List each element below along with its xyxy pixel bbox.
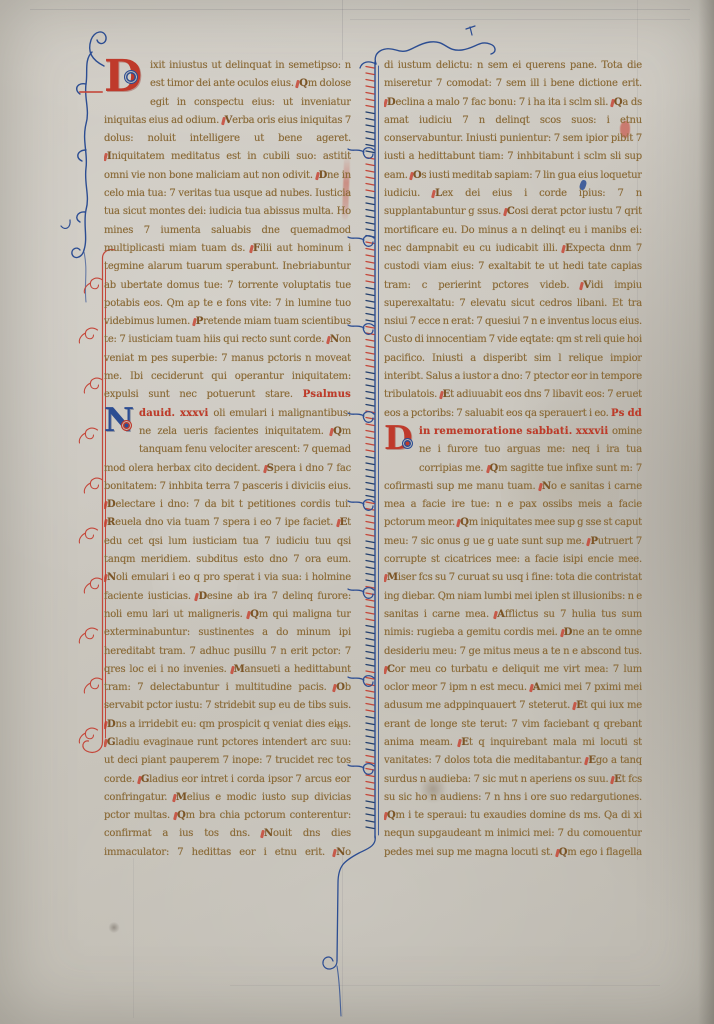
verse-capital: M (384, 572, 398, 583)
gutter-comb-tick (366, 730, 374, 732)
gutter-comb-tick (366, 470, 374, 472)
verse-capital: I (104, 151, 111, 162)
verse-capital: E (337, 517, 347, 528)
gutter-comb-tick (366, 632, 374, 634)
gutter-comb-tick (366, 567, 374, 569)
verse-capital: D (104, 499, 115, 510)
psalm-verse: di iustum delictu: n sem ei querens pane… (384, 60, 642, 89)
illuminated-initial: D (104, 58, 147, 94)
gutter-comb-tick (366, 210, 374, 212)
illuminated-initial: N (104, 406, 136, 442)
gutter-comb-tick (366, 385, 374, 387)
verse-capital: D (195, 591, 206, 602)
verse-capital: N (327, 334, 339, 345)
border-spiral-flourish (79, 728, 97, 743)
gutter-comb-tick (366, 268, 374, 270)
gutter-comb-tick (366, 80, 374, 82)
gutter-comb-tick (366, 717, 374, 719)
ruling-line (350, 19, 690, 20)
gutter-comb-tick (366, 691, 374, 693)
gutter-comb-tick (366, 424, 374, 426)
gutter-comb-tick (366, 119, 374, 121)
gutter-comb-tick (366, 203, 374, 205)
marginal-catchword: vi (336, 722, 343, 731)
gutter-comb-tick (366, 132, 374, 134)
gutter-comb-tick (366, 223, 374, 225)
parchment-page: Dixit iniustus ut delinquat in semetipso… (0, 0, 714, 1024)
gutter-comb-tick (366, 749, 374, 751)
border-spiral-flourish (79, 628, 97, 643)
psalm-verse: Qa ds amat iudiciu 7 n delinqt scos suos… (384, 97, 642, 181)
gutter-comb-tick (366, 814, 374, 816)
verse-capital: Q (611, 97, 623, 108)
gutter-comb-tick (366, 671, 374, 673)
illuminated-initial: D (384, 424, 416, 460)
gutter-comb-tick (366, 359, 374, 361)
gutter-comb-tick (366, 145, 374, 147)
verse-capital: N (333, 847, 345, 858)
gutter-comb-tick (366, 619, 374, 621)
border-spiral-flourish (84, 378, 102, 393)
verse-capital: Q (556, 847, 568, 858)
verse-capital: N (104, 572, 116, 583)
gutter-comb-tick (366, 548, 374, 550)
verse-capital: Q (174, 810, 186, 821)
psalm-verse: Reuela dno via tuam 7 spera i eo 7 ipe f… (104, 517, 337, 528)
gutter-comb-tick (366, 587, 374, 589)
gutter-comb-tick (366, 801, 374, 803)
text-column-left: Dixit iniustus ut delinquat in semetipso… (104, 57, 351, 863)
psalm-verse: Vidi impiu superexaltatu: 7 elevatu sicu… (384, 280, 642, 401)
verse-capital: E (562, 243, 572, 254)
gutter-comb-tick (366, 112, 374, 114)
ruling-line (342, 0, 343, 60)
gutter-knot-flourish (348, 236, 374, 247)
gutter-comb-tick (366, 379, 374, 381)
gutter-comb-tick (366, 411, 374, 413)
ruling-line (133, 858, 134, 1018)
verse-capital: D (104, 719, 115, 730)
gutter-knot-flourish (348, 676, 374, 687)
gutter-comb-tick (366, 197, 374, 199)
gutter-comb-tick (366, 353, 374, 355)
gutter-comb-tick (366, 756, 374, 758)
ruling-line (342, 852, 343, 1017)
gutter-comb-tick (366, 652, 374, 654)
gutter-comb-tick (366, 125, 374, 127)
verse-capital: R (104, 517, 115, 528)
gutter-comb-tick (366, 190, 374, 192)
border-spiral-flourish (84, 578, 102, 593)
gutter-comb-tick (366, 502, 374, 504)
verse-capital: Q (487, 463, 499, 474)
gutter-comb-tick (366, 561, 374, 563)
gutter-comb-tick (366, 99, 374, 101)
psalm-verse: Delectare i dno: 7 da bit t petitiones c… (104, 499, 351, 510)
gutter-comb-tick (366, 294, 374, 296)
gutter-comb-tick (366, 444, 374, 446)
gutter-comb-tick (366, 314, 374, 316)
gutter-comb-tick (366, 73, 374, 75)
gutter-comb-tick (366, 593, 374, 595)
gutter-comb-tick (366, 645, 374, 647)
gutter-comb-tick (366, 476, 374, 478)
verse-capital: Q (384, 810, 396, 821)
gutter-comb-tick (366, 574, 374, 576)
gutter-comb-tick (366, 158, 374, 160)
gutter-comb-tick (366, 665, 374, 667)
gutter-comb-tick (366, 626, 374, 628)
border-spiral-flourish (84, 478, 102, 493)
verse-capital: V (222, 115, 233, 126)
verse-capital: D (316, 170, 327, 181)
verse-capital: P (587, 536, 597, 547)
gutter-comb-tick (366, 489, 374, 491)
verse-capital: M (173, 792, 187, 803)
gutter-comb-tick (366, 580, 374, 582)
gutter-comb-tick (366, 242, 374, 244)
gutter-comb-tick (366, 522, 374, 524)
gutter-comb-tick (366, 431, 374, 433)
gutter-comb-tick (366, 515, 374, 517)
gutter-comb-tick (366, 151, 374, 153)
verse-capital: P (193, 316, 203, 327)
gutter-comb-tick (366, 606, 374, 608)
gutter-comb-tick (366, 333, 374, 335)
verse-capital: A (494, 609, 505, 620)
gutter-knot-flourish (348, 500, 374, 511)
border-spiral-flourish (84, 278, 102, 293)
gutter-comb-tick (366, 457, 374, 459)
gutter-comb-tick (366, 171, 374, 173)
verse-capital: G (138, 774, 149, 785)
gutter-comb-tick (366, 743, 374, 745)
gutter-comb-tick (366, 288, 374, 290)
gutter-comb-tick (366, 262, 374, 264)
psalm-verse: Dns a irridebit eu: qm prospicit q venia… (104, 719, 351, 730)
gutter-comb-tick (366, 398, 374, 400)
gutter-knot-flourish (348, 588, 374, 599)
verse-capital: O (333, 682, 345, 693)
gutter-knot-flourish (348, 764, 374, 775)
verse-capital: Q (296, 78, 308, 89)
gutter-comb-tick (366, 281, 374, 283)
verse-capital: D (384, 97, 395, 108)
gutter-comb-tick (366, 639, 374, 641)
gutter-comb-tick (366, 418, 374, 420)
psalm-verse: Iniquitatem meditatus est in cubili suo:… (104, 151, 351, 180)
gutter-comb-tick (366, 249, 374, 251)
verse-capital: D (561, 627, 572, 638)
gutter-comb-tick (366, 723, 374, 725)
border-spiral-flourish (79, 428, 97, 443)
ruling-line (30, 9, 690, 10)
gutter-comb-tick (366, 320, 374, 322)
gutter-comb-tick (366, 405, 374, 407)
left-blue-flourish (61, 32, 106, 302)
verse-capital: L (432, 188, 442, 199)
gutter-comb-tick (366, 67, 374, 69)
gutter-comb-tick (366, 769, 374, 771)
gutter-comb-tick (366, 541, 374, 543)
gutter-comb-tick (366, 788, 374, 790)
gutter-comb-tick (366, 216, 374, 218)
verse-capital: Q (457, 517, 469, 528)
gutter-knot-flourish (348, 412, 374, 423)
gutter-comb-tick (366, 86, 374, 88)
gutter-comb-tick (366, 229, 374, 231)
gutter-comb-tick (366, 392, 374, 394)
gutter-comb-tick (366, 600, 374, 602)
verse-capital: E (458, 737, 468, 748)
gutter-comb-tick (366, 528, 374, 530)
gutter-comb-tick (366, 164, 374, 166)
gutter-comb-tick (366, 463, 374, 465)
gutter-comb-tick (366, 613, 374, 615)
verse-capital: N (261, 828, 273, 839)
gutter-comb-tick (366, 710, 374, 712)
gutter-comb-tick (366, 736, 374, 738)
verse-capital: Q (247, 609, 259, 620)
verse-capital: V (580, 280, 591, 291)
verse-capital: C (504, 206, 515, 217)
verse-capital: O (410, 170, 422, 181)
verse-capital: E (611, 774, 621, 785)
gutter-comb-tick (366, 177, 374, 179)
gutter-comb-tick (366, 346, 374, 348)
verse-capital: F (250, 243, 260, 254)
verse-capital: Q (330, 426, 342, 437)
verse-capital: M (231, 664, 245, 675)
border-spiral-flourish (79, 328, 97, 343)
gutter-comb-tick (366, 327, 374, 329)
gutter-comb-tick (366, 483, 374, 485)
psalm-verse: Dne in celo mia tua: 7 veritas tua usque… (104, 170, 351, 254)
gutter-comb-tick (366, 795, 374, 797)
verse-capital: A (530, 682, 541, 693)
verse-capital: E (573, 700, 583, 711)
gutter-comb-tick (366, 762, 374, 764)
parchment-stain (108, 922, 120, 933)
gutter-comb-tick (366, 437, 374, 439)
gutter-comb-tick (366, 450, 374, 452)
gutter-comb-tick (366, 340, 374, 342)
gutter-comb-tick (366, 236, 374, 238)
psalm-verse: Declina a malo 7 fac bonu: 7 i ha ita i … (384, 97, 611, 108)
gutter-comb-tick (366, 138, 374, 140)
gutter-knot-flourish (348, 148, 374, 159)
gutter-comb-tick (366, 301, 374, 303)
gutter-comb-tick (366, 678, 374, 680)
gutter-comb-tick (366, 808, 374, 810)
gutter-comb-tick (366, 106, 374, 108)
gutter-comb-tick (366, 704, 374, 706)
gutter-comb-tick (366, 697, 374, 699)
gutter-comb-tick (366, 535, 374, 537)
verse-capital: S (264, 463, 274, 474)
verse-capital: N (539, 481, 551, 492)
gutter-comb-tick (366, 184, 374, 186)
gutter-comb-tick (366, 496, 374, 498)
verse-capital: C (384, 664, 395, 675)
gutter-comb-tick (366, 658, 374, 660)
gutter-comb-tick (366, 372, 374, 374)
gutter-comb-tick (366, 307, 374, 309)
verse-capital: E (440, 389, 450, 400)
gutter-knot-flourish (348, 324, 374, 335)
gutter-comb-tick (366, 366, 374, 368)
gutter-comb-tick (366, 821, 374, 823)
border-spiral-flourish (79, 528, 97, 543)
ruling-line (230, 985, 660, 986)
gutter-comb-tick (366, 554, 374, 556)
gutter-comb-tick (366, 684, 374, 686)
gutter-comb-tick (366, 275, 374, 277)
gutter-comb-tick (366, 93, 374, 95)
text-column-right: di iustum delictu: n sem ei querens pane… (384, 57, 642, 863)
verse-capital: E (585, 755, 595, 766)
verse-capital: G (104, 737, 115, 748)
border-spiral-flourish (84, 678, 102, 693)
psalm-verse: Filii aut hominum i tegmine alarum tuaru… (104, 243, 351, 327)
gutter-comb-tick (366, 827, 374, 829)
gutter-comb-tick (366, 255, 374, 257)
gutter-comb-tick (366, 509, 374, 511)
gutter-comb-tick (366, 775, 374, 777)
gutter-comb-tick (366, 782, 374, 784)
